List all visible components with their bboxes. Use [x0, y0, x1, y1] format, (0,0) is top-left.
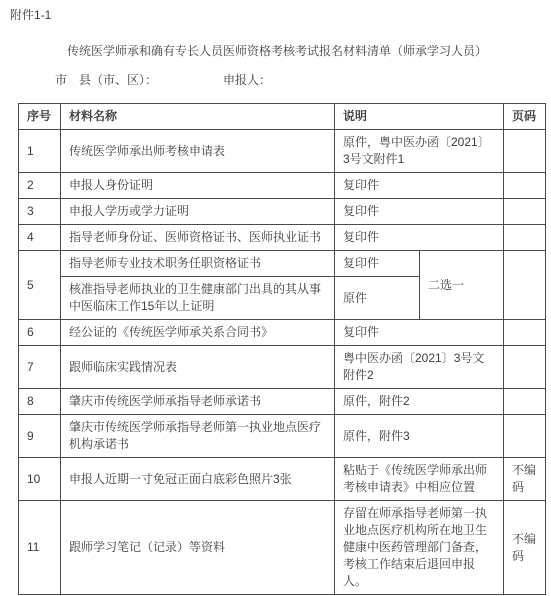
row-number: 6: [19, 320, 61, 346]
attachment-label: 附件1-1: [10, 8, 544, 23]
material-name: 指导老师身份证、医师资格证书、医师执业证书: [61, 225, 335, 251]
table-row: 8肇庆市传统医学师承指导老师承诺书原件，附件2: [19, 389, 546, 415]
page-number: 不编码: [504, 501, 546, 595]
table-row: 5指导老师专业技术职务任职资格证书复印件二选一: [19, 251, 546, 277]
row-number: 2: [19, 173, 61, 199]
material-name: 核准指导老师执业的卫生健康部门出具的其从事中医临床工作15年以上证明: [61, 277, 335, 320]
material-name: 申报人身份证明: [61, 173, 335, 199]
material-note: 复印件: [335, 173, 504, 199]
material-note: 原件，附件3: [335, 415, 504, 458]
material-note: 粘贴于《传统医学师承出师考核申请表》中相应位置: [335, 458, 504, 501]
material-note: 粤中医办函〔2021〕3号文附件2: [335, 346, 504, 389]
material-note: 原件，粤中医办函〔2021〕3号文附件1: [335, 130, 504, 173]
page-number: [504, 251, 546, 320]
page-number: [504, 130, 546, 173]
material-name: 经公证的《传统医学师承关系合同书》: [61, 320, 335, 346]
material-name: 申报人学历或学力证明: [61, 199, 335, 225]
page-number: [504, 389, 546, 415]
row-number: 3: [19, 199, 61, 225]
materials-table-body: 1传统医学师承出师考核申请表原件，粤中医办函〔2021〕3号文附件12申报人身份…: [19, 130, 546, 595]
table-row: 10申报人近期一寸免冠正面白底彩色照片3张粘贴于《传统医学师承出师考核申请表》中…: [19, 458, 546, 501]
row-number: 9: [19, 415, 61, 458]
material-note: 复印件: [335, 199, 504, 225]
row-number: 10: [19, 458, 61, 501]
table-row: 7跟师临床实践情况表粤中医办函〔2021〕3号文附件2: [19, 346, 546, 389]
table-row: 3申报人学历或学力证明复印件: [19, 199, 546, 225]
material-name: 跟师临床实践情况表: [61, 346, 335, 389]
row-number: 7: [19, 346, 61, 389]
material-note: 原件: [335, 277, 420, 320]
column-header: 说明: [335, 104, 504, 130]
page-number: [504, 225, 546, 251]
material-name: 指导老师专业技术职务任职资格证书: [61, 251, 335, 277]
column-header: 序号: [19, 104, 61, 130]
meta-line: 市 县（市、区）：申报人：: [10, 73, 544, 88]
location-fill-in: 市 县（市、区）：: [55, 73, 157, 87]
material-note: 原件，附件2: [335, 389, 504, 415]
applicant-fill-in: 申报人：: [223, 73, 271, 88]
column-header: 材料名称: [61, 104, 335, 130]
table-row: 2申报人身份证明复印件: [19, 173, 546, 199]
table-row: 9肇庆市传统医学师承指导老师第一执业地点医疗机构承诺书原件，附件3: [19, 415, 546, 458]
page-number: [504, 199, 546, 225]
column-header: 页码: [504, 104, 546, 130]
page-number: [504, 173, 546, 199]
material-note: 复印件: [335, 320, 504, 346]
materials-checklist-table: 序号材料名称说明页码 1传统医学师承出师考核申请表原件，粤中医办函〔2021〕3…: [18, 103, 546, 595]
material-name: 传统医学师承出师考核申请表: [61, 130, 335, 173]
material-name: 跟师学习笔记（记录）等资料: [61, 501, 335, 595]
row-number: 4: [19, 225, 61, 251]
document-title: 传统医学师承和确有专长人员医师资格考核考试报名材料清单（师承学习人员）: [10, 44, 544, 59]
page-number: [504, 346, 546, 389]
document-page: 附件1-1 传统医学师承和确有专长人员医师资格考核考试报名材料清单（师承学习人员…: [0, 0, 551, 595]
row-number: 11: [19, 501, 61, 595]
table-row: 1传统医学师承出师考核申请表原件，粤中医办函〔2021〕3号文附件1: [19, 130, 546, 173]
row-number: 8: [19, 389, 61, 415]
material-name: 申报人近期一寸免冠正面白底彩色照片3张: [61, 458, 335, 501]
table-row: 6经公证的《传统医学师承关系合同书》复印件: [19, 320, 546, 346]
table-header-row: 序号材料名称说明页码: [19, 104, 546, 130]
choice-note: 二选一: [420, 251, 504, 320]
material-note: 复印件: [335, 251, 420, 277]
page-number: [504, 415, 546, 458]
table-row: 11跟师学习笔记（记录）等资料存留在师承指导老师第一执业地点医疗机构所在地卫生健…: [19, 501, 546, 595]
page-number: [504, 320, 546, 346]
material-name: 肇庆市传统医学师承指导老师第一执业地点医疗机构承诺书: [61, 415, 335, 458]
page-number: 不编码: [504, 458, 546, 501]
material-note: 复印件: [335, 225, 504, 251]
row-number: 5: [19, 251, 61, 320]
material-note: 存留在师承指导老师第一执业地点医疗机构所在地卫生健康中医药管理部门备查，考核工作…: [335, 501, 504, 595]
table-row: 4指导老师身份证、医师资格证书、医师执业证书复印件: [19, 225, 546, 251]
material-name: 肇庆市传统医学师承指导老师承诺书: [61, 389, 335, 415]
row-number: 1: [19, 130, 61, 173]
